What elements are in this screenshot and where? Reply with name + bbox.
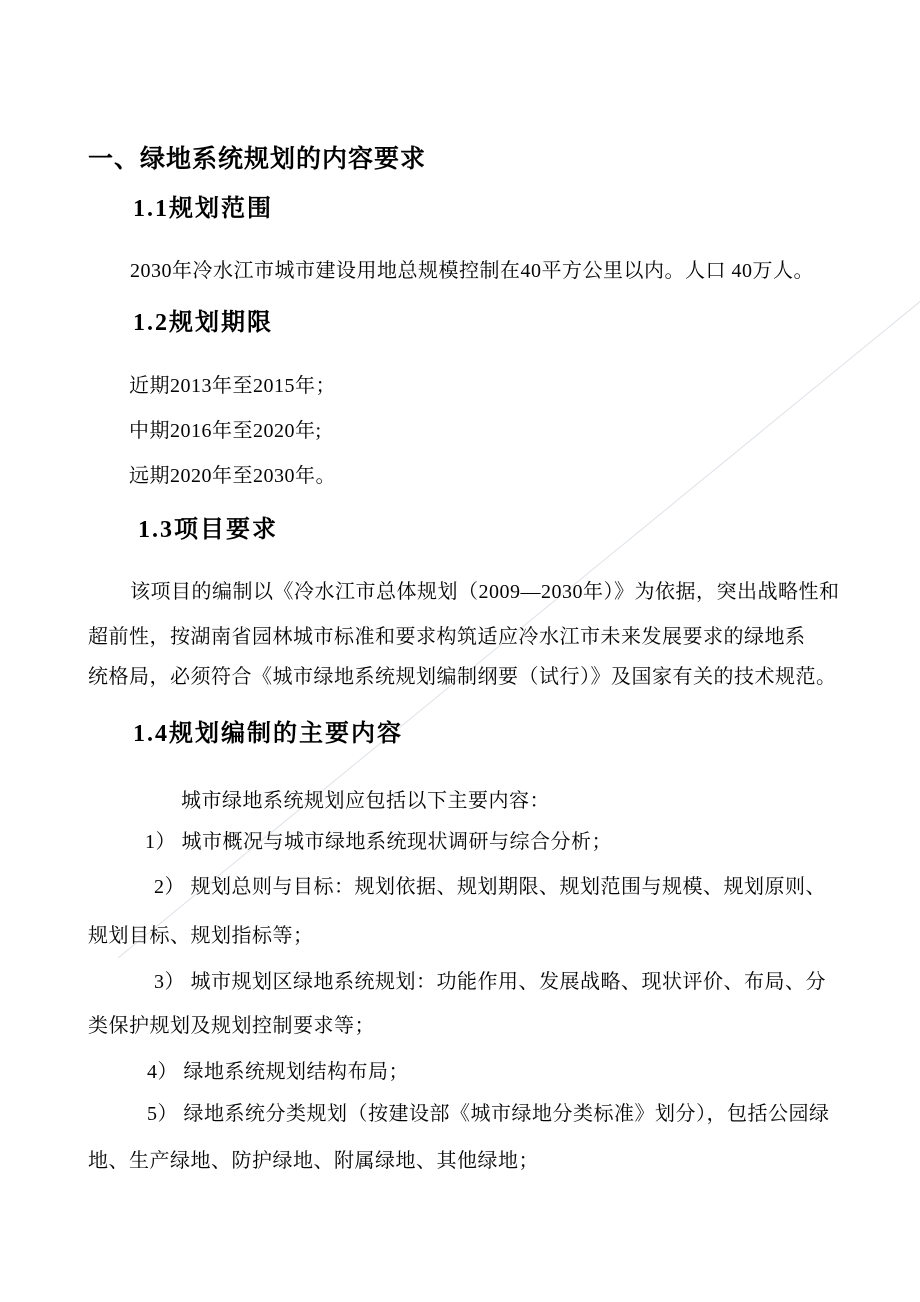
list-item-1: 1） 城市概况与城市绿地系统现状调研与综合分析；: [145, 830, 612, 855]
doc-title: 一、绿地系统规划的内容要求: [88, 144, 426, 175]
list-item-4: 4） 绿地系统规划结构布局；: [147, 1060, 409, 1085]
section-1-3-para-line3: 统格局，必须符合《城市绿地系统规划编制纲要（试行）》及国家有关的技术规范。: [88, 665, 837, 690]
list-item-5-line2: 地、生产绿地、防护绿地、附属绿地、其他绿地；: [88, 1149, 539, 1174]
section-1-2-line-mid: 中期2016年至2020年;: [129, 419, 322, 444]
section-1-2-line-near: 近期2013年至2015年；: [129, 374, 336, 399]
section-1-3-para-line2: 超前性，按湖南省园林城市标准和要求构筑适应冷水江市未来发展要求的绿地系: [88, 625, 806, 650]
list-item-2-line1: 2） 规划总则与目标：规划依据、规划期限、规划范围与规模、规划原则、: [154, 875, 826, 900]
list-item-3-line2: 类保护规划及规划控制要求等；: [88, 1014, 375, 1039]
section-1-3-para-line1: 该项目的编制以《冷水江市总体规划（2009—2030年）》为依据，突出战略性和: [130, 580, 840, 605]
section-1-2-line-far: 远期2020年至2030年。: [129, 464, 336, 489]
section-1-4-heading: 1.4规划编制的主要内容: [133, 719, 403, 749]
document-page: 一、绿地系统规划的内容要求 1.1规划范围 2030年冷水江市城市建设用地总规模…: [0, 0, 920, 1302]
section-1-2-heading: 1.2规划期限: [133, 308, 273, 338]
section-1-3-heading: 1.3项目要求: [138, 515, 278, 545]
section-1-1-body: 2030年冷水江市城市建设用地总规模控制在40平方公里以内。人口 40万人。: [130, 259, 814, 284]
section-1-4-intro: 城市绿地系统规划应包括以下主要内容：: [181, 789, 550, 814]
list-item-3-line1: 3） 城市规划区绿地系统规划：功能作用、发展战略、现状评价、布局、分: [154, 970, 826, 995]
list-item-5-line1: 5） 绿地系统分类规划（按建设部《城市绿地分类标准》划分），包括公园绿: [147, 1102, 830, 1127]
list-item-2-line2: 规划目标、规划指标等；: [88, 924, 314, 949]
section-1-1-heading: 1.1规划范围: [133, 194, 273, 224]
